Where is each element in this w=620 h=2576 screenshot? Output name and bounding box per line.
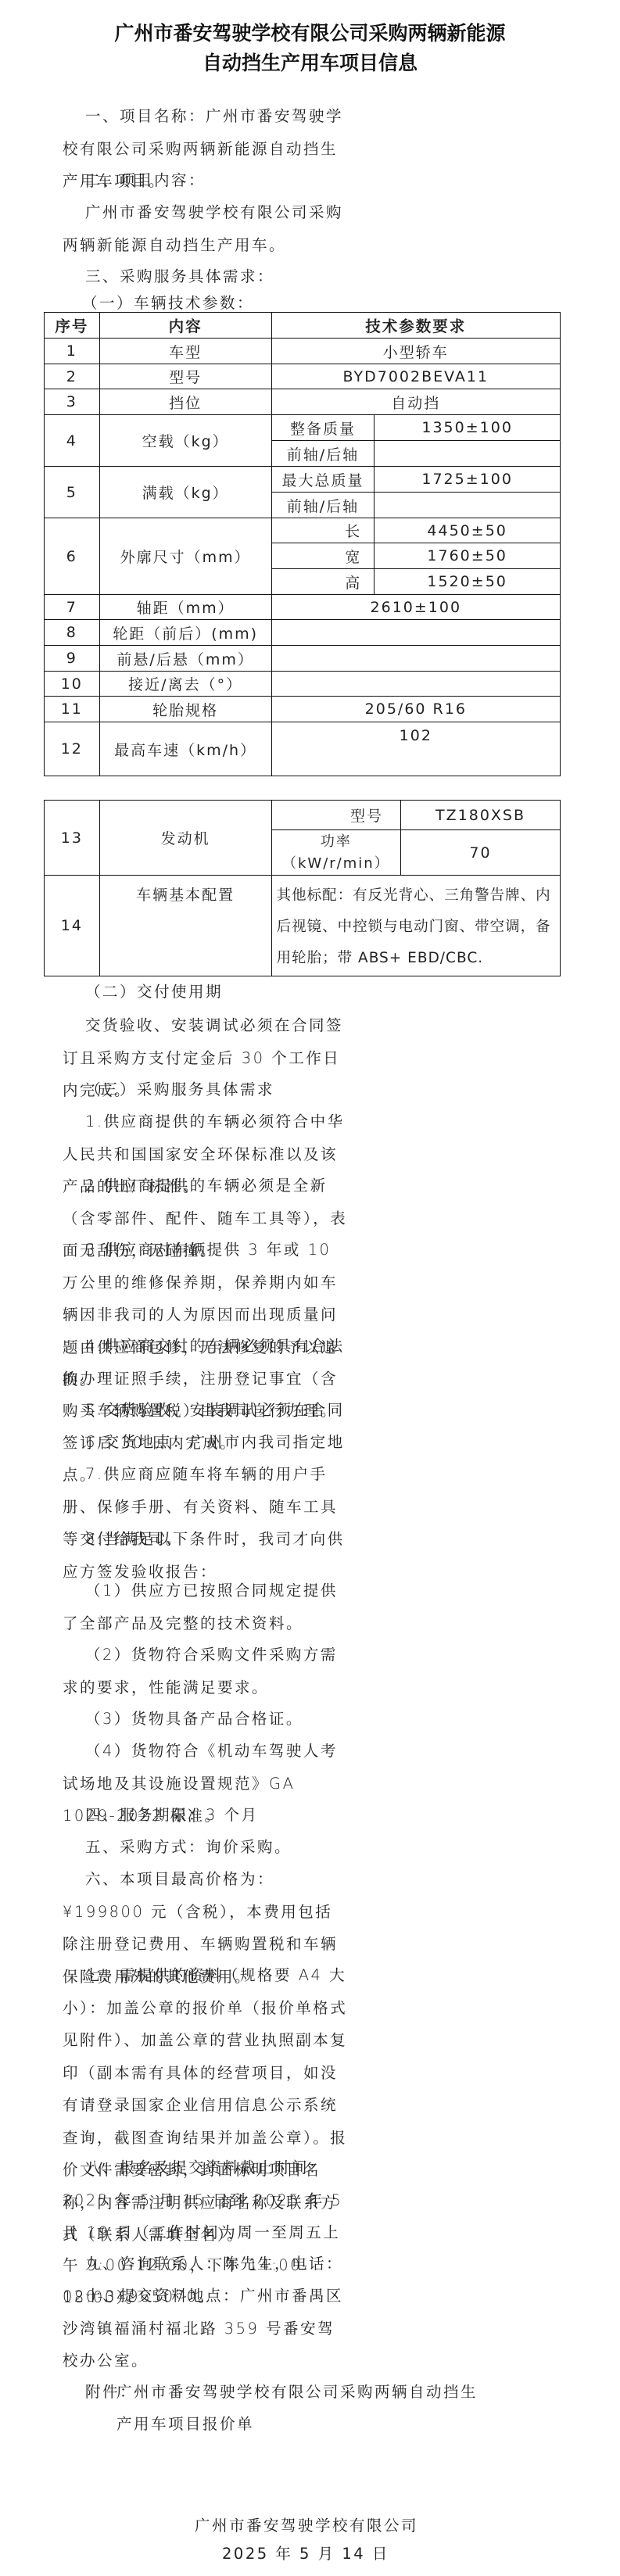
row-value xyxy=(375,441,561,467)
row-item: 轮距（前后）(mm) xyxy=(99,620,271,646)
row-value: 1350±100 xyxy=(375,415,561,441)
row-no: 6 xyxy=(45,518,100,595)
signature-date: 2025 年 5 月 14 日 xyxy=(222,2538,389,2571)
vehicle-spec-table: 序号 内容 技术参数要求 1 车型 小型轿车 2 型号 BYD7002BEVA1… xyxy=(44,312,561,776)
row-value: 1760±50 xyxy=(375,543,561,569)
row-no: 5 xyxy=(45,467,100,518)
row-value: 小型轿车 xyxy=(271,339,560,364)
table-row: 3 挡位 自动挡 xyxy=(45,389,561,415)
submission-address-text: 十、提交资料地点：广州市番禺区沙湾镇福涌村福北路 359 号番安驾校办公室。 xyxy=(63,2287,343,2370)
row-no: 4 xyxy=(45,415,100,467)
table-row: 6 外廓尺寸（mm） 长 4450±50 xyxy=(45,518,561,543)
header-index: 序号 xyxy=(45,313,100,339)
row-subitem: 长 xyxy=(271,518,375,543)
condition-text: （1）供应方已按照合同规定提供了全部产品及完整的技术资料。 xyxy=(63,1582,338,1632)
row-value: 102 xyxy=(271,722,560,776)
table-row: 10 接近/离去（°） xyxy=(45,672,561,697)
row-subitem: 整备质量 xyxy=(271,415,375,441)
row-no: 8 xyxy=(45,620,100,646)
row-item: 最高车速（km/h） xyxy=(99,722,271,776)
row-no: 2 xyxy=(45,364,100,389)
table-row: 14 车辆基本配置 其他标配：有反光背心、三角警告牌、内后视镜、中控锁与电动门窗… xyxy=(45,876,561,976)
row-item: 空载（kg） xyxy=(99,415,271,467)
section-project-content-text: 广州市番安驾驶学校有限公司采购两辆新能源自动挡生产用车。 xyxy=(63,203,343,254)
table-row: 4 空载（kg） 整备质量 1350±100 xyxy=(45,415,561,441)
document-title-line2: 自动挡生产用车项目信息 xyxy=(0,47,620,80)
row-item: 满载（kg） xyxy=(99,467,271,518)
row-value: 1725±100 xyxy=(375,467,561,493)
row-subitem: 前轴/后轴 xyxy=(271,493,375,518)
table-row: 7 轴距（mm） 2610±100 xyxy=(45,595,561,620)
table-row: 9 前悬/后悬（mm） xyxy=(45,646,561,672)
section-project-content-body: 广州市番安驾驶学校有限公司采购两辆新能源自动挡生产用车。 xyxy=(63,196,349,261)
row-value xyxy=(271,646,560,672)
row-no: 1 xyxy=(45,339,100,364)
row-value xyxy=(375,493,561,518)
row-item: 挡位 xyxy=(99,389,271,415)
row-item: 车型 xyxy=(99,339,271,364)
procurement-method-text: 五、采购方式：询价采购。 xyxy=(85,1838,292,1856)
row-subitem: 最大总质量 xyxy=(271,467,375,493)
condition-text: （2）货物符合采购文件采购方需求的要求，性能满足要求。 xyxy=(63,1646,338,1696)
section-procurement-method: 五、采购方式：询价采购。 xyxy=(63,1831,349,1864)
table-row: 1 车型 小型轿车 xyxy=(45,339,561,364)
attachment-link-line2[interactable]: 产用车项目报价单 xyxy=(116,2408,254,2441)
service-period-text: 四、服务期限：3 个月 xyxy=(85,1806,259,1824)
row-no: 14 xyxy=(45,876,100,976)
row-no: 10 xyxy=(45,672,100,697)
row-no: 13 xyxy=(45,801,100,876)
section-submission-address: 十、提交资料地点：广州市番禺区沙湾镇福涌村福北路 359 号番安驾校办公室。 xyxy=(63,2280,349,2377)
requirement-text: 8.当满足以下条件时，我司才向供应方签发验收报告： xyxy=(63,1530,345,1581)
row-no: 9 xyxy=(45,646,100,672)
table-row: 11 轮胎规格 205/60 R16 xyxy=(45,697,561,722)
acceptance-condition-3: （3）货物具备产品合格证。 xyxy=(63,1703,349,1736)
row-subitem: 功率（kW/r/min） xyxy=(271,830,400,876)
row-subitem: 高 xyxy=(271,569,375,595)
row-value xyxy=(271,672,560,697)
row-item: 外廓尺寸（mm） xyxy=(99,518,271,595)
section-project-content-heading: 二、项目内容： xyxy=(85,164,206,197)
row-value: BYD7002BEVA11 xyxy=(271,364,560,389)
row-item: 前悬/后悬（mm） xyxy=(99,646,271,672)
row-item: 轮胎规格 xyxy=(99,697,271,722)
subsection-delivery-heading: （二）交付使用期 xyxy=(85,976,223,1009)
row-no: 7 xyxy=(45,595,100,620)
row-no: 3 xyxy=(45,389,100,415)
row-value: 4450±50 xyxy=(375,518,561,543)
row-item: 轴距（mm） xyxy=(99,595,271,620)
table-row: 12 最高车速（km/h） 102 xyxy=(45,722,561,776)
row-value: 1520±50 xyxy=(375,569,561,595)
table-row: 2 型号 BYD7002BEVA11 xyxy=(45,364,561,389)
subsection-service-requirements-heading: （三）采购服务具体需求 xyxy=(85,1073,274,1106)
row-item: 接近/离去（°） xyxy=(99,672,271,697)
row-value: 205/60 R16 xyxy=(271,697,560,722)
condition-text: （3）货物具备产品合格证。 xyxy=(85,1710,303,1728)
header-item: 内容 xyxy=(99,313,271,339)
table-row: 13 发动机 型号 TZ180XSB xyxy=(45,801,561,830)
row-no: 11 xyxy=(45,697,100,722)
acceptance-condition-2: （2）货物符合采购文件采购方需求的要求，性能满足要求。 xyxy=(63,1639,349,1704)
row-value: 其他标配：有反光背心、三角警告牌、内后视镜、中控锁与电动门窗、带空调，备用轮胎；… xyxy=(271,876,560,976)
vehicle-spec-table-continued: 13 发动机 型号 TZ180XSB 功率（kW/r/min） 70 14 车辆… xyxy=(44,800,561,976)
row-item: 发动机 xyxy=(99,801,271,876)
table-row: 5 满载（kg） 最大总质量 1725±100 xyxy=(45,467,561,493)
document-title-line1: 广州市番安驾驶学校有限公司采购两辆新能源 xyxy=(0,17,620,50)
row-subitem: 前轴/后轴 xyxy=(271,441,375,467)
section-service-period: 四、服务期限：3 个月 xyxy=(63,1799,349,1832)
row-value: 2610±100 xyxy=(271,595,560,620)
row-subitem: 型号 xyxy=(271,801,400,830)
attachment-link-line1[interactable]: 广州市番安驾驶学校有限公司采购两辆自动挡生 xyxy=(116,2376,478,2409)
acceptance-condition-1: （1）供应方已按照合同规定提供了全部产品及完整的技术资料。 xyxy=(63,1575,349,1639)
row-value: 自动挡 xyxy=(271,389,560,415)
row-value: 70 xyxy=(401,830,561,876)
row-item: 型号 xyxy=(99,364,271,389)
row-value: TZ180XSB xyxy=(401,801,561,830)
row-no: 12 xyxy=(45,722,100,776)
table-row: 8 轮距（前后）(mm) xyxy=(45,620,561,646)
header-requirement: 技术参数要求 xyxy=(271,313,560,339)
row-item: 车辆基本配置 xyxy=(99,876,271,976)
row-subitem: 宽 xyxy=(271,543,375,569)
row-value xyxy=(271,620,560,646)
